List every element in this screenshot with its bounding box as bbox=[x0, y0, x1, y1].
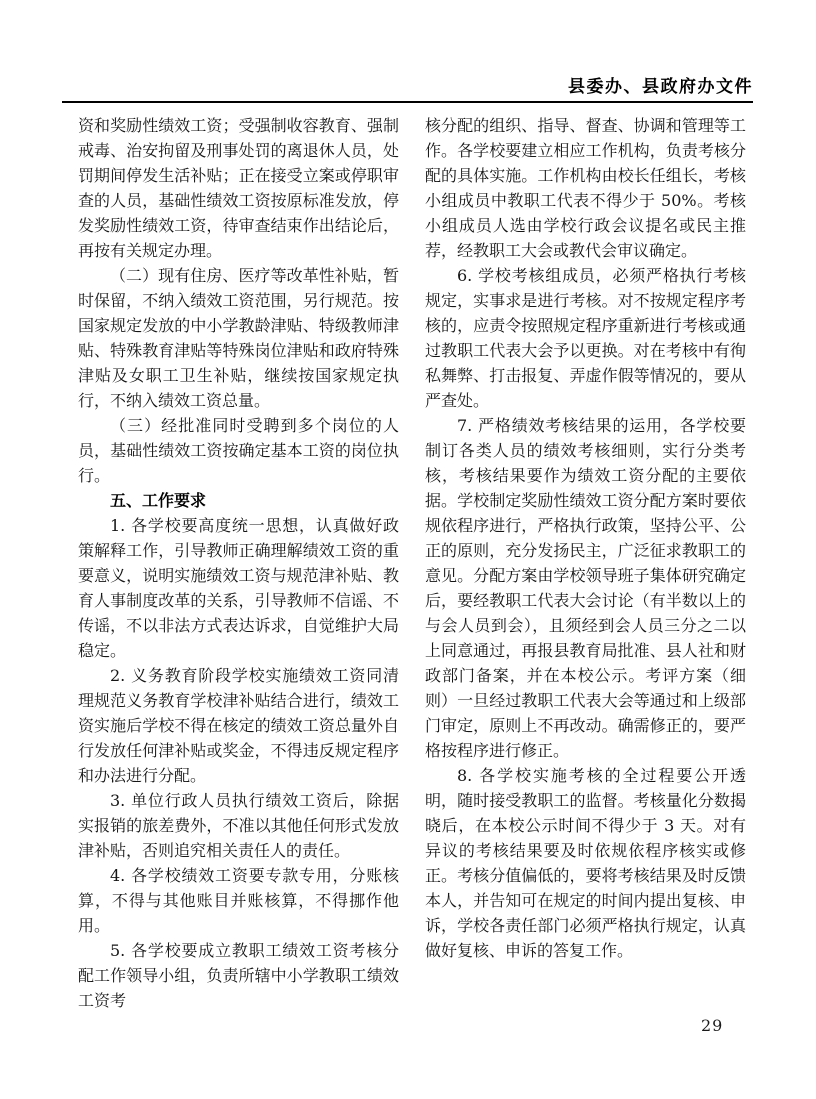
paragraph: 核分配的组织、指导、督查、协调和管理等工作。各学校要建立相应工作机构，负责考核分… bbox=[425, 113, 746, 263]
section-heading: 五、工作要求 bbox=[78, 488, 399, 513]
paragraph: 2. 义务教育阶段学校实施绩效工资同清理规范义务教育学校津补贴结合进行，绩效工资… bbox=[78, 663, 399, 788]
paragraph: 7. 严格绩效考核结果的运用，各学校要制订各类人员的绩效考核细则，实行分类考核，… bbox=[425, 413, 746, 763]
page-number: 29 bbox=[701, 1016, 723, 1035]
paragraph: 8. 各学校实施考核的全过程要公开透明，随时接受教职工的监督。考核量化分数揭晓后… bbox=[425, 763, 746, 963]
paragraph: 3. 单位行政人员执行绩效工资后，除据实报销的旅差费外，不准以其他任何形式发放津… bbox=[78, 788, 399, 863]
paragraph: 6. 学校考核组成员，必须严格执行考核规定，实事求是进行考核。对不按规定程序考核… bbox=[425, 263, 746, 413]
document-page: { "header": { "title": "县委办、县政府办文件" }, "… bbox=[0, 0, 816, 1099]
paragraph: 5. 各学校要成立教职工绩效工资考核分配工作领导小组，负责所辖中小学教职工绩效工… bbox=[78, 938, 399, 1013]
paragraph: （三）经批准同时受聘到多个岗位的人员，基础性绩效工资按确定基本工资的岗位执行。 bbox=[78, 413, 399, 488]
header-rule bbox=[62, 101, 753, 103]
left-column: 资和奖励性绩效工资；受强制收容教育、强制戒毒、治安拘留及刑事处罚的离退休人员，处… bbox=[78, 113, 399, 1013]
paragraph: 1. 各学校要高度统一思想，认真做好政策解释工作，引导教师正确理解绩效工资的重要… bbox=[78, 513, 399, 663]
paragraph: （二）现有住房、医疗等改革性补贴，暂时保留，不纳入绩效工资范围，另行规范。按国家… bbox=[78, 263, 399, 413]
paragraph: 4. 各学校绩效工资要专款专用，分账核算，不得与其他账目并账核算，不得挪作他用。 bbox=[78, 863, 399, 938]
page-header-title: 县委办、县政府办文件 bbox=[568, 72, 753, 97]
document-body: 资和奖励性绩效工资；受强制收容教育、强制戒毒、治安拘留及刑事处罚的离退休人员，处… bbox=[78, 113, 746, 1013]
right-column: 核分配的组织、指导、督查、协调和管理等工作。各学校要建立相应工作机构，负责考核分… bbox=[425, 113, 746, 1013]
paragraph: 资和奖励性绩效工资；受强制收容教育、强制戒毒、治安拘留及刑事处罚的离退休人员，处… bbox=[78, 113, 399, 263]
